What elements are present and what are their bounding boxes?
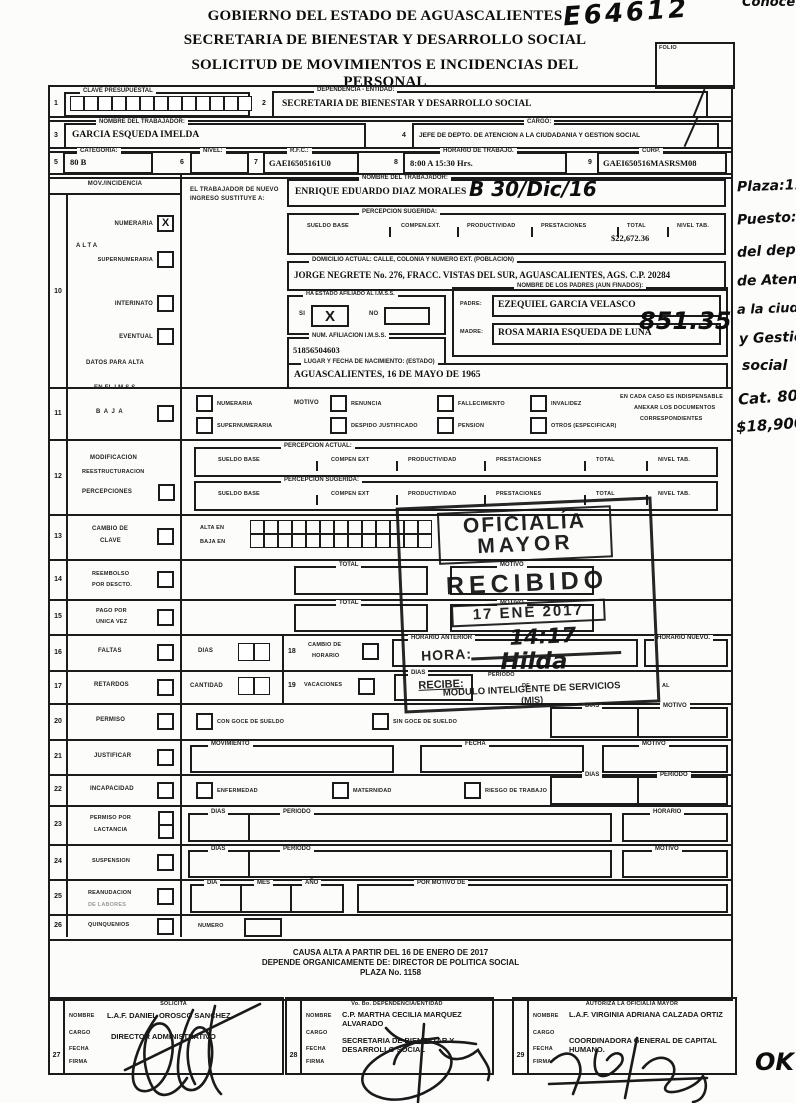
stamp-date: 17 ENE 2017 xyxy=(472,602,584,624)
rfc-label: R.F.C.: xyxy=(287,148,312,154)
baja-note-3: CORRESPONDIENTES xyxy=(640,416,703,422)
ano-label: AÑO xyxy=(302,880,321,886)
baja-supernumeraria-checkbox[interactable] xyxy=(196,417,213,434)
padres-field[interactable]: NOMBRE DE LOS PADRES (AUN FINADOS): PADR… xyxy=(452,287,728,357)
lactancia-horario-label: HORARIO xyxy=(650,809,684,815)
section-25-reanudacion: 25 REANUDACION DE LABORES DIA MES AÑO PO… xyxy=(50,879,731,916)
permiso-checkbox[interactable] xyxy=(157,713,174,730)
domicilio-label: DOMICILIO ACTUAL: CALLE, COLONIA Y NUMER… xyxy=(309,257,517,263)
interinato-checkbox[interactable] xyxy=(157,295,174,312)
mov-incidencia-header: MOV./INCIDENCIA xyxy=(50,175,180,195)
stamp-hora-label: HORA: xyxy=(421,645,473,663)
eventual-checkbox[interactable] xyxy=(157,328,174,345)
substituted-worker-label: NOMBRE DEL TRABAJADOR: xyxy=(359,175,451,181)
al-label: AL xyxy=(662,683,670,689)
enfermedad-option[interactable]: ENFERMEDAD xyxy=(196,782,258,799)
suspension-motivo-label: MOTIVO xyxy=(652,846,682,852)
con-goce-option[interactable]: CON GOCE DE SUELDO xyxy=(196,713,284,730)
lactancia-horario-field[interactable]: HORARIO xyxy=(622,813,728,842)
justificar-label: JUSTIFICAR xyxy=(94,753,131,759)
permiso-dias-motivo-field[interactable]: DIAS MOTIVO xyxy=(550,707,728,738)
percepcion-actual-field[interactable]: PERCEPCION ACTUAL: SUELDO BASE COMPEN EX… xyxy=(194,447,718,477)
pago-total-label: TOTAL xyxy=(336,600,361,606)
reestructuracion-label: REESTRUCTURACION xyxy=(82,469,144,475)
section-15-number: 15 xyxy=(50,599,68,634)
worker-name-value: GARCIA ESQUEDA IMELDA xyxy=(72,130,199,140)
baja-note-2: ANEXAR LOS DOCUMENTOS xyxy=(634,405,715,411)
rfc-value: GAEI6505161U0 xyxy=(269,158,331,168)
section-21-justificar: 21 JUSTIFICAR MOVIMIENTO FECHA MOTIVO xyxy=(50,739,731,776)
maternidad-checkbox[interactable] xyxy=(332,782,349,799)
field-number-1: 1 xyxy=(54,100,58,107)
baja-supernumeraria-option[interactable]: SUPERNUMERARIA xyxy=(196,417,272,434)
ps-col-productividad: PRODUCTIVIDAD xyxy=(408,491,456,497)
motivo-label: MOTIVO xyxy=(294,400,319,406)
col-total: TOTAL xyxy=(627,223,646,229)
reembolso-total-label: TOTAL xyxy=(336,562,361,568)
lugar-nacimiento-field[interactable]: LUGAR Y FECHA DE NACIMIENTO: (ESTADO) AG… xyxy=(287,363,728,389)
dependencia-label: DEPENDENCIA - ENTIDAD: xyxy=(314,87,397,93)
field-number-9: 9 xyxy=(588,159,592,166)
alta-eventual-option[interactable]: EVENTUAL xyxy=(119,328,174,345)
section-23-number: 23 xyxy=(50,805,68,844)
alta-numeraria-option[interactable]: NUMERARIA X xyxy=(115,215,174,232)
curp-field[interactable]: CURP. GAEI650516MASRSM08 xyxy=(597,152,727,174)
cargo-value: JEFE DE DEPTO. DE ATENCION A LA CIUDADAN… xyxy=(419,132,640,139)
signature-secretaria-bienestar xyxy=(320,1020,495,1103)
retardos-label: RETARDOS xyxy=(94,682,129,688)
faltas-dias-label: DIAS xyxy=(198,648,213,654)
renuncia-label: RENUNCIA xyxy=(351,401,382,407)
sin-goce-option[interactable]: SIN GOCE DE SUELDO xyxy=(372,713,457,730)
pago-checkbox[interactable] xyxy=(157,609,174,626)
lugar-nacimiento-value: AGUASCALIENTES, 16 DE MAYO DE 1965 xyxy=(294,370,481,380)
horario-field[interactable]: HORARIO DE TRABAJO. 8:00 A 15:30 Hrs. xyxy=(403,152,567,174)
folio-box[interactable]: FOLIO xyxy=(655,42,735,89)
si-checkbox[interactable]: X xyxy=(311,305,349,327)
fallecimiento-label: FALLECIMIENTO xyxy=(458,401,505,407)
handwritten-hora: 14:17 xyxy=(509,623,577,650)
section-18-number: 18 xyxy=(288,648,296,655)
lactancia-checkbox-2[interactable] xyxy=(158,824,174,839)
fecha-row-label: FECHA xyxy=(69,1046,89,1052)
categoria-label: CATEGORIA: xyxy=(77,148,121,154)
nombre-row-label: NOMBRE xyxy=(533,1013,559,1019)
alta-label: ALTA xyxy=(76,243,99,249)
imss-afiliado-label: HA ESTADO AFILIADO AL I.M.S.S. xyxy=(303,291,398,297)
despido-checkbox[interactable] xyxy=(330,417,347,434)
bottom-note: CAUSA ALTA A PARTIR DEL 16 DE ENERO DE 2… xyxy=(48,939,733,1001)
justificar-motivo-label: MOTIVO xyxy=(639,741,669,747)
margin-note-social: social xyxy=(742,358,787,374)
domicilio-value: JORGE NEGRETE No. 276, FRACC. VISTAS DEL… xyxy=(294,270,670,280)
justificar-motivo-field[interactable]: MOTIVO xyxy=(602,745,728,773)
de-labores-label: DE LABORES xyxy=(88,902,126,908)
ps-col-sueldo: SUELDO BASE xyxy=(218,491,260,497)
unica-vez-label: UNICA VEZ xyxy=(96,619,127,625)
note-line-3: PLAZA No. 1158 xyxy=(50,968,731,977)
sustituye-line2: INGRESO SUSTITUYE A: xyxy=(190,196,265,202)
block-28-number: 28 xyxy=(287,999,302,1073)
supernumeraria-label: SUPERNUMERARIA xyxy=(98,257,153,263)
autoriza-title: AUTORIZA LA OFICIALIA MAYOR xyxy=(529,1001,735,1007)
lugar-nacimiento-label: LUGAR Y FECHA DE NACIMIENTO: (ESTADO) xyxy=(301,359,438,365)
sin-goce-checkbox[interactable] xyxy=(372,713,389,730)
nombre-row-label: NOMBRE xyxy=(69,1013,95,1019)
mes-label: MES xyxy=(254,880,273,886)
section-12-number: 12 xyxy=(50,439,68,514)
section-26-number: 26 xyxy=(50,914,68,937)
invalidez-label: INVALIDEZ xyxy=(551,401,581,407)
section-10-alta: MOV./INCIDENCIA 10 NUMERARIA X ALTA SUPE… xyxy=(50,175,731,389)
ps-col-compen: COMPEN EXT xyxy=(331,491,369,497)
section-24-number: 24 xyxy=(50,844,68,879)
section-14-number: 14 xyxy=(50,559,68,599)
percepcion-sugerida2-label: PERCEPCION SUGERIDA: xyxy=(281,477,362,483)
section-10-number: 10 xyxy=(50,195,68,387)
cantidad-label: CANTIDAD xyxy=(190,683,223,689)
field-number-2: 2 xyxy=(262,100,266,107)
percepcion-sugerida-field[interactable]: PERCEPCION SUGERIDA: SUELDO BASE COMPEN.… xyxy=(287,213,726,255)
suspension-periodo-label: PERIODO xyxy=(280,846,314,852)
block-29-number: 29 xyxy=(514,999,529,1073)
baja-note-1: EN CADA CASO ES INDISPENSABLE xyxy=(620,394,723,400)
signature-coordinadora-capital-humano xyxy=(545,1028,735,1103)
supernumeraria-checkbox[interactable] xyxy=(157,251,174,268)
clave-label: CLAVE xyxy=(100,538,121,544)
alta-interinato-option[interactable]: INTERINATO xyxy=(115,295,174,312)
motivo-despido-option[interactable]: DESPIDO JUSTIFICADO xyxy=(330,417,418,434)
reembolso-label: REEMBOLSO xyxy=(92,571,129,577)
riesgo-checkbox[interactable] xyxy=(464,782,481,799)
quinquenios-label: QUINQUENIOS xyxy=(88,922,129,928)
pa-col-total: TOTAL xyxy=(596,457,615,463)
fallecimiento-checkbox[interactable] xyxy=(437,395,454,412)
modificacion-label: MODIFICACION xyxy=(90,455,137,461)
justificar-fecha-field[interactable]: FECHA xyxy=(420,745,584,773)
col-prestaciones: PRESTACIONES xyxy=(541,223,586,229)
nivel-label: NIVEL: xyxy=(200,148,226,154)
cambio-horario-label2: HORARIO xyxy=(312,653,339,659)
riesgo-label: RIESGO DE TRABAJO xyxy=(485,788,547,794)
section-11-number: 11 xyxy=(50,387,68,439)
padre-label: PADRE: xyxy=(460,301,482,307)
folio-label: FOLIO xyxy=(659,45,677,51)
pago-por-label: PAGO POR xyxy=(96,608,127,614)
section-11-baja: 11 B A J A NUMERARIA SUPERNUMERARIA MOTI… xyxy=(50,387,731,441)
suspension-dias-periodo-field[interactable]: DIAS PERIODO xyxy=(188,850,612,878)
field-number-3: 3 xyxy=(54,132,58,139)
margin-note-depto: del depto xyxy=(737,241,796,261)
rfc-field[interactable]: R.F.C.: GAEI6505161U0 xyxy=(263,152,359,174)
baja-numeraria-label: NUMERARIA xyxy=(217,401,252,407)
justificar-movimiento-label: MOVIMIENTO xyxy=(208,741,253,747)
reanudacion-checkbox[interactable] xyxy=(157,888,174,905)
justificar-fecha-label: FECHA xyxy=(462,741,489,747)
madre-value: ROSA MARIA ESQUEDA DE LUNA xyxy=(498,328,652,338)
field-number-6: 6 xyxy=(180,159,184,166)
num-afiliacion-label: NUM. AFILIACION I.M.S.S. xyxy=(309,333,389,339)
suspension-label: SUSPENSION xyxy=(92,858,130,864)
margin-note-gestion: y Gestión xyxy=(739,329,796,348)
autoriza-nombre-value: L.A.F. VIRGINIA ADRIANA CALZADA ORTIZ xyxy=(569,1010,724,1019)
riesgo-option[interactable]: RIESGO DE TRABAJO xyxy=(464,782,547,799)
note-line-1: CAUSA ALTA A PARTIR DEL 16 DE ENERO DE 2… xyxy=(50,948,731,957)
handwritten-ok: OK xyxy=(755,1048,794,1076)
dependencia-value: SECRETARIA DE BIENESTAR Y DESARROLLO SOC… xyxy=(282,99,531,109)
pa-col-nivel: NIVEL TAB. xyxy=(658,457,690,463)
suspension-checkbox[interactable] xyxy=(157,854,174,871)
section-22-incapacidad: 22 INCAPACIDAD ENFERMEDAD MATERNIDAD RIE… xyxy=(50,774,731,807)
enfermedad-label: ENFERMEDAD xyxy=(217,788,258,794)
scanned-form-page: GOBIERNO DEL ESTADO DE AGUASCALIENTES SE… xyxy=(0,0,796,1103)
baja-numeraria-checkbox[interactable] xyxy=(196,395,213,412)
maternidad-label: MATERNIDAD xyxy=(353,788,392,794)
oficialia-mayor-stamp: OFICIALÍA MAYOR RECIBIDO 17 ENE 2017 HOR… xyxy=(396,497,661,714)
numero-box[interactable] xyxy=(244,918,282,937)
section-21-number: 21 xyxy=(50,739,68,774)
reanudacion-label: REANUDACION xyxy=(88,890,131,896)
section-23-lactancia: 23 PERMISO POR LACTANCIA DIAS PERIODO HO… xyxy=(50,805,731,846)
motivo-invalidez-option[interactable]: INVALIDEZ xyxy=(530,395,581,412)
cargo-label: CARGO: xyxy=(524,119,554,125)
nivel-field[interactable]: NIVEL: xyxy=(190,152,249,174)
reanudacion-fecha-field[interactable]: DIA MES AÑO xyxy=(190,884,344,913)
worker-name-label: NOMBRE DEL TRABAJADOR: xyxy=(96,119,188,125)
no-checkbox[interactable] xyxy=(384,307,430,325)
numeraria-checkbox[interactable]: X xyxy=(157,215,174,232)
datos-para-alta-label: DATOS PARA ALTA xyxy=(86,360,144,366)
field-number-7: 7 xyxy=(254,159,258,166)
suspension-dias-label: DIAS xyxy=(208,846,228,852)
secretary-title: SECRETARIA DE BIENESTAR Y DESARROLLO SOC… xyxy=(150,32,620,49)
numero-label: NUMERO xyxy=(198,923,224,929)
incapacidad-checkbox[interactable] xyxy=(157,782,174,799)
horario-label: HORARIO DE TRABAJO. xyxy=(440,148,517,154)
cargo-field[interactable]: CARGO: JEFE DE DEPTO. DE ATENCION A LA C… xyxy=(412,123,719,149)
permiso-label: PERMISO xyxy=(96,717,125,723)
pension-checkbox[interactable] xyxy=(437,417,454,434)
section-16-number: 16 xyxy=(50,634,68,670)
percepcion-sugerida-label: PERCEPCION SUGERIDA: xyxy=(359,209,440,215)
no-label: NO xyxy=(369,311,378,317)
section-20-number: 20 xyxy=(50,703,68,739)
baja-checkbox[interactable] xyxy=(157,405,174,422)
margin-note-plaza: Plaza:115 xyxy=(737,177,796,196)
baja-en-label: BAJA EN xyxy=(200,539,225,545)
pa-col-productividad: PRODUCTIVIDAD xyxy=(408,457,456,463)
justificar-checkbox[interactable] xyxy=(157,749,174,766)
pa-col-prestaciones: PRESTACIONES xyxy=(496,457,541,463)
renuncia-checkbox[interactable] xyxy=(330,395,347,412)
alta-supernumeraria-option[interactable]: SUPERNUMERARIA xyxy=(98,251,174,268)
clave-presupuestal-label: CLAVE PRESUPUESTAL xyxy=(80,88,156,94)
pension-label: PENSION xyxy=(458,423,484,429)
motivo-otros-option[interactable]: OTROS (ESPECIFICAR) xyxy=(530,417,617,434)
alta-en-label: ALTA EN xyxy=(200,525,224,531)
retardos-checkbox[interactable] xyxy=(157,679,174,696)
nombre-row-label: NOMBRE xyxy=(306,1013,332,1019)
handwritten-amount: 851.35 xyxy=(639,307,732,335)
imss-afiliado-field[interactable]: HA ESTADO AFILIADO AL I.M.S.S. SI X NO xyxy=(287,295,446,335)
incapacidad-label: INCAPACIDAD xyxy=(90,786,134,792)
padre-value: EZEQUIEL GARCIA VELASCO xyxy=(498,300,636,310)
section-13-number: 13 xyxy=(50,514,68,559)
section-17-number: 17 xyxy=(50,670,68,703)
section-24-suspension: 24 SUSPENSION DIAS PERIODO MOTIVO xyxy=(50,844,731,881)
section-22-number: 22 xyxy=(50,774,68,805)
vacaciones-label: VACACIONES xyxy=(304,682,342,688)
reembolso-checkbox[interactable] xyxy=(157,571,174,588)
justificar-movimiento-field[interactable]: MOVIMIENTO xyxy=(190,745,394,773)
categoria-value: 80 B xyxy=(70,157,86,167)
dia-label: DIA xyxy=(204,880,220,886)
percepciones-checkbox[interactable] xyxy=(158,484,175,501)
ps-col-prestaciones: PRESTACIONES xyxy=(496,491,541,497)
handwritten-substitution-date: B 30/Dic/16 xyxy=(469,177,597,201)
lactancia-dias-label: DIAS xyxy=(208,809,228,815)
section-19-number: 19 xyxy=(288,682,296,689)
margin-note-sueldo: $18,900.00 xyxy=(735,412,796,437)
baja-numeraria-option[interactable]: NUMERARIA xyxy=(196,395,252,412)
despido-label: DESPIDO JUSTIFICADO xyxy=(351,423,418,429)
baja-label: B A J A xyxy=(96,409,124,415)
col-compen-ext: COMPEN.EXT. xyxy=(401,223,440,229)
lactancia-label: LACTANCIA xyxy=(94,827,127,833)
retardos-cantidad-cells[interactable] xyxy=(238,677,270,695)
margin-note-ciudadania: a la ciudadanía xyxy=(737,299,796,318)
motivo-pension-option[interactable]: PENSION xyxy=(437,417,484,434)
ps-col-nivel: NIVEL TAB. xyxy=(658,491,690,497)
org-title: GOBIERNO DEL ESTADO DE AGUASCALIENTES xyxy=(150,8,620,25)
col-nivel-tab: NIVEL TAB. xyxy=(677,223,709,229)
quinquenios-checkbox[interactable] xyxy=(157,918,174,935)
enfermedad-checkbox[interactable] xyxy=(196,782,213,799)
motivo-renuncia-option[interactable]: RENUNCIA xyxy=(330,395,382,412)
section-20-permiso: 20 PERMISO CON GOCE DE SUELDO SIN GOCE D… xyxy=(50,703,731,741)
ps-col-total: TOTAL xyxy=(596,491,615,497)
dependencia-field[interactable]: DEPENDENCIA - ENTIDAD: SECRETARIA DE BIE… xyxy=(272,91,708,118)
block-27-number: 27 xyxy=(50,999,65,1073)
categoria-field[interactable]: CATEGORIA: 80 B xyxy=(63,152,153,174)
por-motivo-label: POR MOTIVO DE xyxy=(414,880,468,886)
permiso-motivo-label: MOTIVO xyxy=(660,703,690,709)
firma-row-label: FIRMA xyxy=(69,1059,87,1065)
faltas-checkbox[interactable] xyxy=(157,644,174,661)
note-line-2: DEPENDE ORGANICAMENTE DE: DIRECTOR DE PO… xyxy=(50,958,731,967)
substituted-worker-field[interactable]: NOMBRE DEL TRABAJADOR: ENRIQUE EDUARDO D… xyxy=(287,179,726,207)
horario-nuevo-label: HORARIO NUEVO. xyxy=(654,635,713,641)
incapacidad-dias-periodo-field[interactable]: DIAS PERIODO xyxy=(550,776,728,805)
pa-col-sueldo: SUELDO BASE xyxy=(218,457,260,463)
por-descto-label: POR DESCTO. xyxy=(92,582,132,588)
num-afiliacion-value: 51856504603 xyxy=(293,345,340,355)
field-number-5: 5 xyxy=(54,159,58,166)
pa-col-compen: COMPEN EXT xyxy=(331,457,369,463)
permiso-por-label: PERMISO POR xyxy=(90,815,131,821)
otros-label: OTROS (ESPECIFICAR) xyxy=(551,423,617,429)
signature-director-administrativo xyxy=(95,998,285,1102)
cambio-horario-label1: CAMBIO DE xyxy=(308,642,341,648)
vacaciones-checkbox[interactable] xyxy=(358,678,375,695)
substituted-worker-value: ENRIQUE EDUARDO DIAZ MORALES xyxy=(295,187,466,197)
margin-note-puesto: Puesto: Jefe xyxy=(737,208,796,229)
cambio-clave-checkbox[interactable] xyxy=(157,528,174,545)
handwritten-corner-note: Conoce xyxy=(742,0,795,10)
margin-note-atencion: de Atención xyxy=(737,270,796,289)
clave-cells[interactable] xyxy=(70,96,252,111)
maternidad-option[interactable]: MATERNIDAD xyxy=(332,782,392,799)
faltas-dias-cells[interactable] xyxy=(238,643,270,661)
cargo-row-label: CARGO xyxy=(69,1030,90,1036)
clave-presupuestal-field[interactable]: CLAVE PRESUPUESTAL xyxy=(64,92,250,117)
faltas-label: FALTAS xyxy=(98,648,122,654)
percepciones-label: PERCEPCIONES xyxy=(82,489,132,495)
con-goce-label: CON GOCE DE SUELDO xyxy=(217,719,284,725)
handwritten-folio-number: E64612 xyxy=(562,0,690,32)
baja-supernumeraria-label: SUPERNUMERARIA xyxy=(217,423,272,429)
vobo-title: Vo. Bo. DEPENDENCIA/ENTIDAD xyxy=(302,1001,492,1007)
margin-note-categoria: Cat. 80 C xyxy=(737,385,796,408)
handwritten-recibe-name: Hilda xyxy=(500,649,567,676)
otros-checkbox[interactable] xyxy=(530,417,547,434)
sin-goce-label: SIN GOCE DE SUELDO xyxy=(393,719,457,725)
eventual-label: EVENTUAL xyxy=(119,334,153,340)
curp-label: CURP. xyxy=(639,148,663,154)
curp-value: GAEI650516MASRSM08 xyxy=(603,158,697,168)
field-number-4: 4 xyxy=(402,132,406,139)
col-productividad: PRODUCTIVIDAD xyxy=(467,223,515,229)
si-label: SI xyxy=(299,311,305,317)
section-25-number: 25 xyxy=(50,879,68,914)
con-goce-checkbox[interactable] xyxy=(196,713,213,730)
incapacidad-dias-label: DIAS xyxy=(582,772,602,778)
cambio-horario-checkbox[interactable] xyxy=(362,643,379,660)
lactancia-dias-periodo-field[interactable]: DIAS PERIODO xyxy=(188,813,612,842)
percepcion-actual-label: PERCEPCION ACTUAL: xyxy=(281,443,355,449)
sustituye-line1: EL TRABAJADOR DE NUEVO xyxy=(190,187,279,193)
worker-name-field[interactable]: NOMBRE DEL TRABAJADOR: GARCIA ESQUEDA IM… xyxy=(64,123,366,149)
invalidez-checkbox[interactable] xyxy=(530,395,547,412)
motivo-fallecimiento-option[interactable]: FALLECIMIENTO xyxy=(437,395,505,412)
field-number-8: 8 xyxy=(394,159,398,166)
interinato-label: INTERINATO xyxy=(115,301,153,307)
numeraria-label: NUMERARIA xyxy=(115,221,153,227)
suspension-motivo-field[interactable]: MOTIVO xyxy=(622,850,728,878)
stamp-recibido: RECIBIDO xyxy=(402,564,653,604)
padres-label: NOMBRE DE LOS PADRES (AUN FINADOS): xyxy=(514,283,646,289)
horario-value: 8:00 A 15:30 Hrs. xyxy=(410,158,473,168)
reanudacion-motivo-field[interactable]: POR MOTIVO DE xyxy=(357,884,728,913)
col-sueldo-base: SUELDO BASE xyxy=(307,223,349,229)
incapacidad-periodo-label: PERIODO xyxy=(657,772,691,778)
lactancia-periodo-label: PERIODO xyxy=(280,809,314,815)
madre-label: MADRE: xyxy=(460,329,483,335)
section-26-quinquenios: 26 QUINQUENIOS NUMERO xyxy=(50,914,731,937)
cambio-de-label: CAMBIO DE xyxy=(92,526,128,532)
